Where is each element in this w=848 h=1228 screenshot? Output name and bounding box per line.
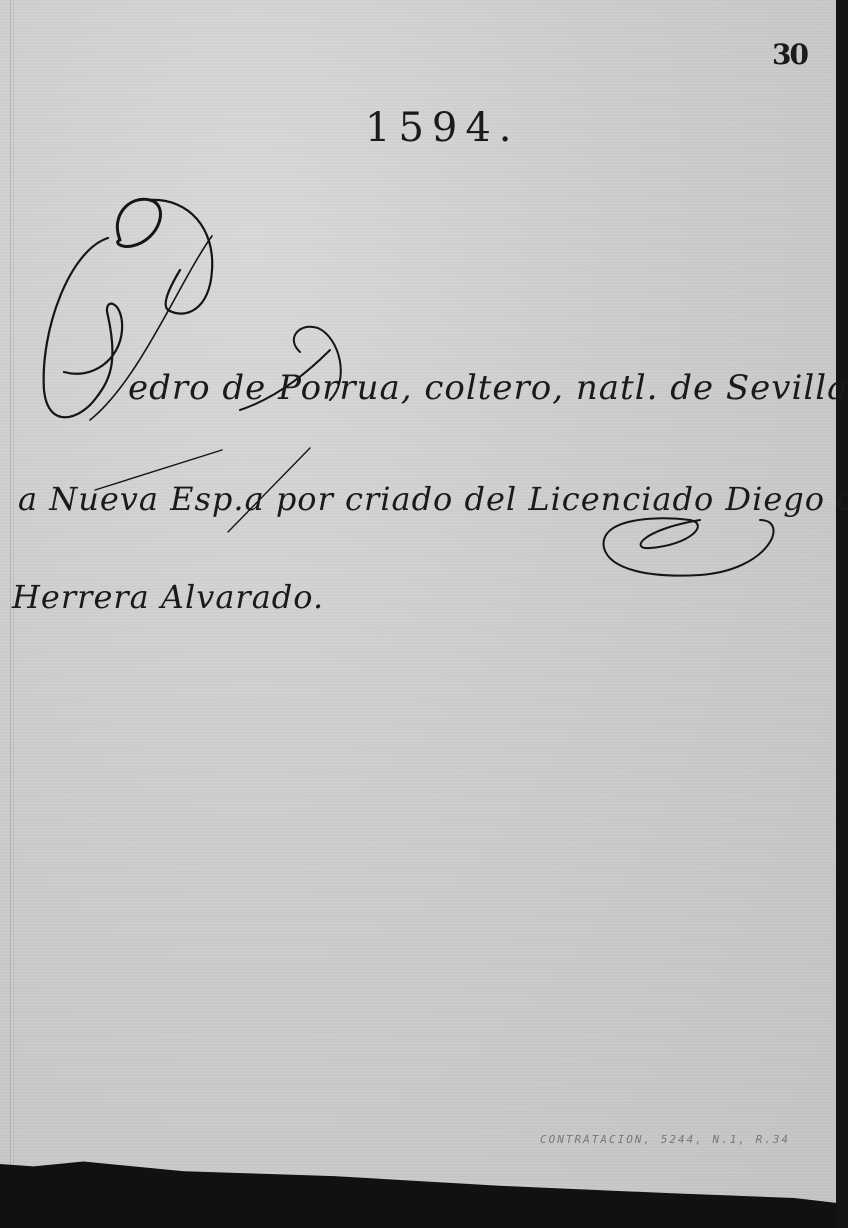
manuscript-line-1: edro de Porrua, coltero, natl. de Sevill… <box>128 368 848 408</box>
archive-reference-stamp: CONTRATACION, 5244, N.1, R.34 <box>540 1133 790 1146</box>
manuscript-line-3: Herrera Alvarado. <box>12 578 324 616</box>
folio-number: 30 <box>772 38 807 71</box>
document-year: 1594. <box>365 105 520 151</box>
scan-border-right <box>836 0 848 1228</box>
manuscript-line-2: a Nueva Esp.a por criado del Licenciado … <box>18 480 848 518</box>
